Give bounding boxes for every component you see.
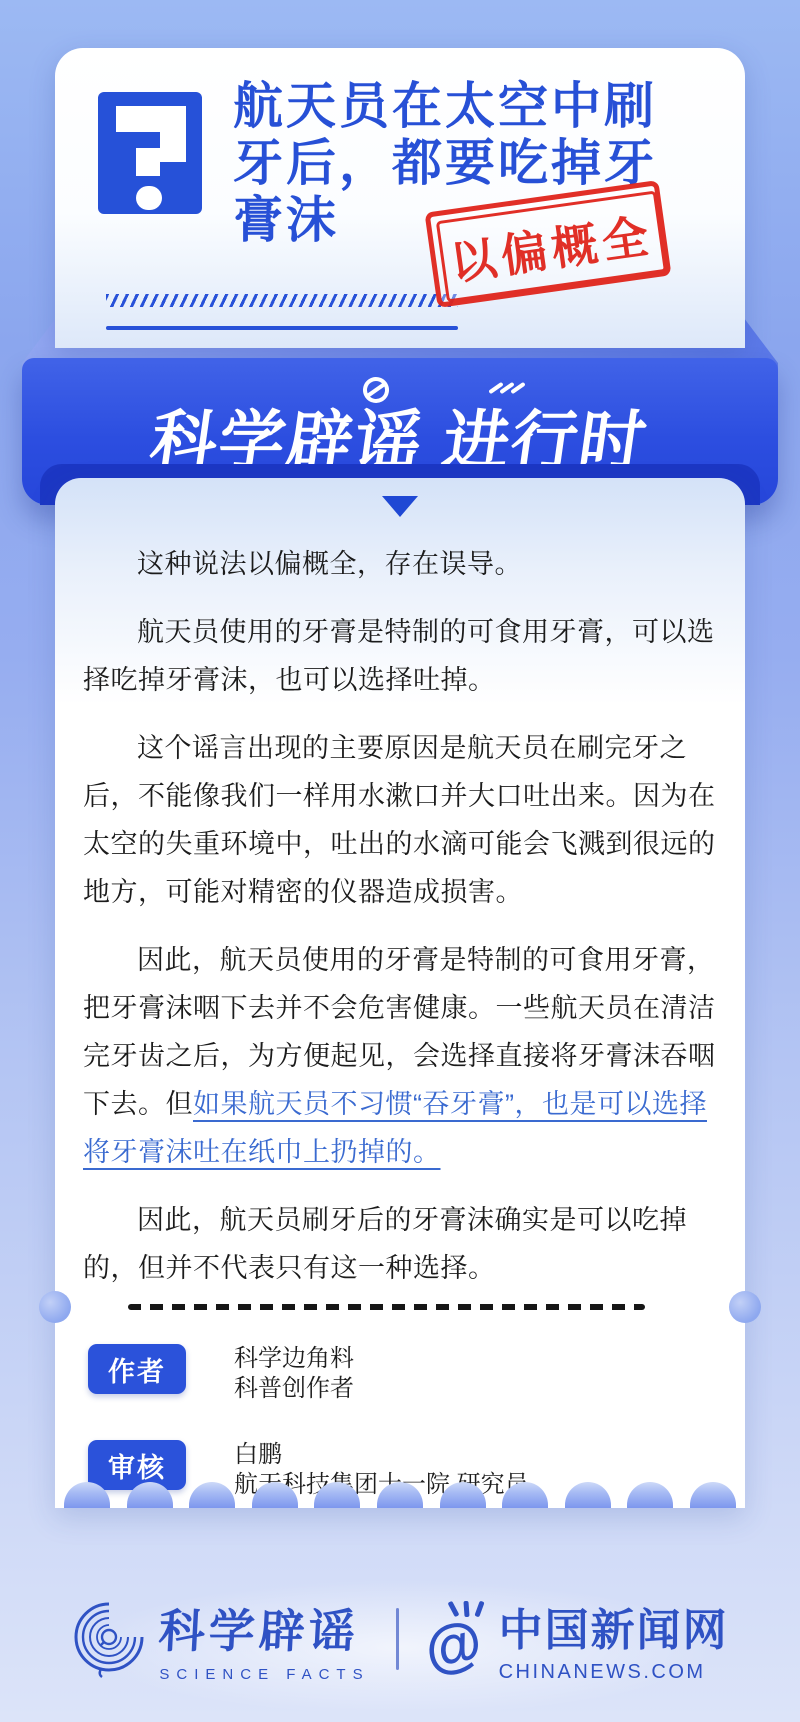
paragraph: 这种说法以偏概全，存在误导。 [83,540,717,588]
scallop-dome [314,1482,360,1508]
paragraph: 因此，航天员刷牙后的牙膏沫确实是可以吃掉的，但并不代表只有这一种选择。 [83,1196,717,1292]
author-row: 作者 科学边角料 科普创作者 [88,1344,708,1404]
scallop-dome [252,1482,298,1508]
chinanews-logo-en: CHINANEWS.COM [499,1661,729,1684]
question-mark-icon [98,92,202,214]
paragraph: 航天员使用的牙膏是特制的可食用牙膏，可以选择吃掉牙膏沫，也可以选择吐掉。 [83,608,717,704]
author-title: 科普创作者 [234,1374,354,1404]
scallop-dome [440,1482,486,1508]
content-card: 这种说法以偏概全，存在误导。 航天员使用的牙膏是特制的可食用牙膏，可以选择吃掉牙… [55,478,745,1508]
logo-divider [396,1608,399,1670]
scallop-dome [502,1482,548,1508]
footer: 科学辟谣 SCIENCE FACTS @ 中国新闻网 CHINANEWS.COM [0,1556,800,1722]
chinanews-logo-cn: 中国新闻网 [499,1594,729,1658]
verdict-stamp-label: 以偏概全 [436,191,667,303]
science-facts-logo-en: SCIENCE FACTS [159,1666,369,1683]
down-triangle-icon [382,496,418,517]
science-facts-logo: 科学辟谣 SCIENCE FACTS [71,1595,369,1683]
scallop-dome [127,1482,173,1508]
left-notch [39,1291,71,1323]
scallop-dome [189,1482,235,1508]
right-notch [729,1291,761,1323]
chinanews-logo: @ 中国新闻网 CHINANEWS.COM [425,1594,729,1684]
scallop-dome [565,1482,611,1508]
scallop-dome [377,1482,423,1508]
at-icon: @ [425,1601,491,1677]
author-badge: 作者 [88,1344,186,1394]
swirl-icon [71,1599,147,1679]
science-facts-logo-cn: 科学辟谣 [158,1595,372,1661]
hatch-decoration [106,294,458,307]
author-name: 科学边角料 [234,1344,354,1374]
scallop-dome [627,1482,673,1508]
paragraph: 这个谣言出现的主要原因是航天员在刷完牙之后，不能像我们一样用水漱口并大口吐出来。… [83,724,717,916]
scallop-dome [690,1482,736,1508]
underline-decoration [106,326,458,330]
reviewer-name: 白鹏 [234,1440,529,1470]
dashed-separator [128,1304,645,1310]
claim-card: 航天员在太空中刷牙后，都要吃掉牙膏沫 以偏概全 [55,48,745,348]
article-body: 这种说法以偏概全，存在误导。 航天员使用的牙膏是特制的可食用牙膏，可以选择吃掉牙… [83,540,717,1312]
scallop-dome [64,1482,110,1508]
prohibition-icon [357,371,394,408]
speed-marks-icon [494,380,520,396]
paragraph: 因此，航天员使用的牙膏是特制的可食用牙膏，把牙膏沫咽下去并不会危害健康。一些航天… [83,936,717,1176]
scallop-edge [55,1482,745,1508]
